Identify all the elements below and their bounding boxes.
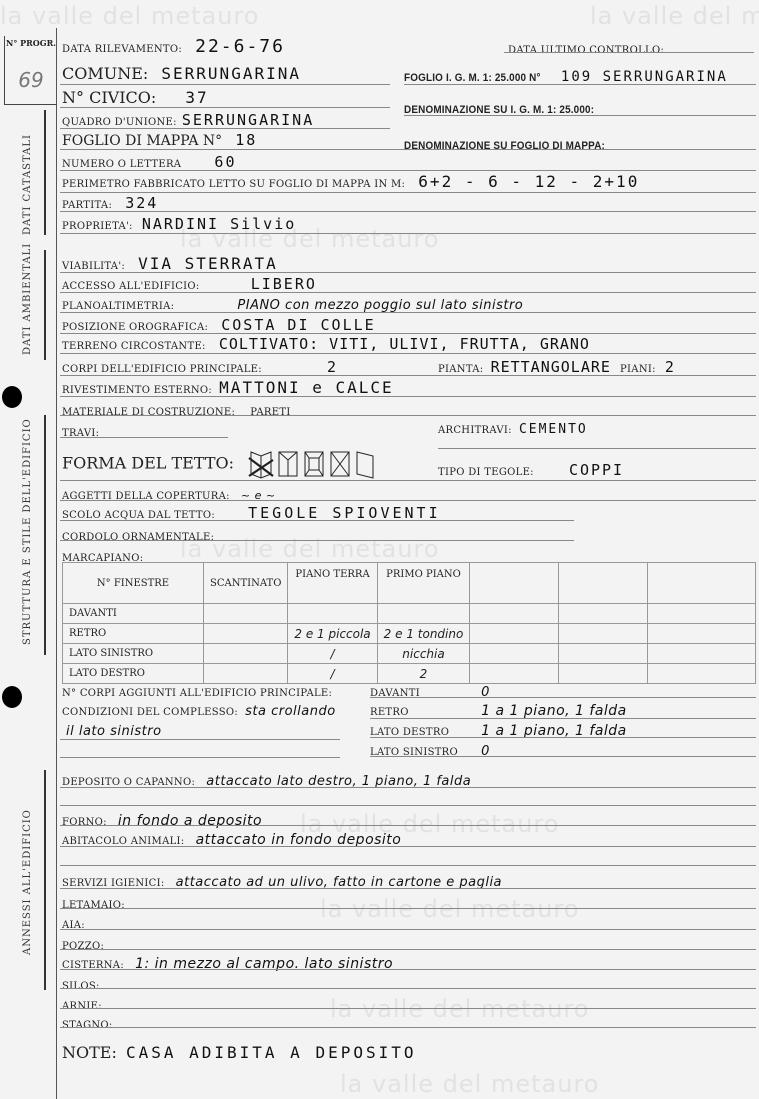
label: RETRO (370, 707, 470, 718)
value[interactable]: in fondo a deposito (118, 813, 262, 829)
rule (60, 757, 340, 758)
rule (60, 149, 756, 150)
label: POSIZIONE OROGRAFICA: (62, 322, 208, 333)
field-architravi: ARCHITRAVI: CEMENTO (438, 418, 588, 437)
field-tipo-tegole: TIPO DI TEGOLE: COPPI (438, 460, 624, 479)
cell[interactable] (470, 644, 559, 664)
cell[interactable] (204, 604, 288, 624)
field-rivestimento: RIVESTIMENTO ESTERNO: MATTONI e CALCE (62, 378, 394, 397)
cell[interactable] (470, 624, 559, 644)
label: PIANI: (620, 364, 656, 375)
table-row: RETRO 2 e 1 piccola 2 e 1 tondino (63, 624, 756, 644)
value[interactable]: MATTONI e CALCE (219, 378, 394, 397)
label: NUMERO o LETTERA (62, 159, 181, 170)
cell[interactable] (559, 624, 648, 644)
rule (60, 739, 340, 740)
field-planoaltimetria: PLANOALTIMETRIA: PIANO con mezzo poggio … (62, 294, 523, 313)
field-foglio-mappa: FOGLIO DI MAPPA N° 18 (62, 130, 257, 149)
label: COMUNE: (62, 64, 148, 83)
value[interactable]: COPPI (569, 461, 624, 479)
value[interactable]: SERRUNGARINA (182, 111, 314, 129)
value[interactable]: RETTANGOLARE (491, 358, 611, 376)
cell[interactable] (288, 604, 377, 624)
margin-line (56, 28, 57, 1099)
label: MATERIALE DI COSTRUZIONE: (62, 407, 235, 418)
rule (60, 353, 756, 354)
value[interactable]: COSTA DI COLLE (221, 316, 375, 334)
rule (60, 865, 756, 866)
value[interactable]: sta crollando (245, 704, 336, 719)
field-stagno: STAGNO: (62, 1013, 113, 1032)
field-condizioni-line2: il lato sinistro (66, 720, 162, 739)
cell[interactable] (204, 624, 288, 644)
label: FORNO: (62, 817, 107, 828)
progressive-number-box: N° PROGR. 69 (4, 36, 57, 105)
field-arnie: ARNIE: (62, 994, 102, 1013)
rule (60, 84, 390, 85)
field-civico: N° CIVICO: 37 (62, 88, 209, 107)
field-quadro-unione: QUADRO D'UNIONE: SERRUNGARINA (62, 110, 314, 129)
field-perimetro: PERIMETRO FABBRICATO LETTO SU FOGLIO DI … (62, 172, 639, 191)
col-header: N° FINESTRE (63, 563, 204, 604)
field-partita: PARTITA: 324 (62, 193, 158, 212)
label: FOGLIO I. G. M. 1: 25.000 N° (404, 72, 541, 84)
field-foglio-igm: FOGLIO I. G. M. 1: 25.000 N° 109 SERRUNG… (404, 66, 728, 85)
field-viabilita: VIABILITA': VIA STERRATA (62, 254, 278, 273)
rule (60, 929, 756, 930)
value[interactable]: SERRUNGARINA (161, 64, 301, 83)
value[interactable]: 60 (214, 153, 236, 171)
cell[interactable] (559, 604, 648, 624)
section-brace (44, 770, 46, 990)
cell[interactable] (648, 644, 756, 664)
field-pianta: PIANTA: RETTANGOLARE PIANI: 2 (438, 357, 676, 376)
cell[interactable] (377, 604, 470, 624)
value[interactable]: 22-6-76 (195, 36, 285, 57)
table-row: DAVANTI (63, 604, 756, 624)
watermark: la valle del metauro (340, 1070, 599, 1098)
label: NOTE: (62, 1043, 117, 1062)
rule (60, 805, 756, 806)
label: CONDIZIONI DEL COMPLESSO: (62, 707, 238, 718)
rule (504, 52, 754, 53)
field-data-ultimo-controllo: DATA ULTIMO CONTROLLO: (508, 38, 664, 57)
rule (60, 437, 228, 438)
roof-option-2-icon (279, 452, 297, 476)
field-corpi-aggiunti: N° CORPI AGGIUNTI ALL'EDIFICIO PRINCIPAL… (62, 681, 332, 700)
field-terreno: TERRENO CIRCOSTANTE: COLTIVATO: VITI, UL… (62, 334, 590, 353)
cell[interactable] (470, 604, 559, 624)
label: PIANTA: (438, 364, 483, 375)
field-forma-tetto: FORMA DEL TETTO: (62, 448, 387, 480)
cell[interactable] (648, 624, 756, 644)
label: N° CIVICO: (62, 88, 156, 107)
rule (60, 908, 756, 909)
rule (60, 520, 574, 521)
label: VIABILITA': (62, 261, 125, 272)
col-header: PRIMO PIANO (377, 563, 470, 604)
rule (60, 846, 756, 847)
label: DATA ULTIMO CONTROLLO: (508, 45, 664, 56)
rule (60, 312, 756, 313)
rule (60, 192, 756, 193)
field-pozzo: POZZO: (62, 934, 104, 953)
field-corpi: CORPI DELL'EDIFICIO PRINCIPALE: 2 (62, 357, 338, 376)
label: DENOMINAZIONE SU FOGLIO DI MAPPA: (404, 140, 605, 152)
cell[interactable] (204, 644, 288, 664)
value[interactable]: 324 (125, 194, 158, 212)
section-brace (44, 110, 46, 235)
col-header: PIANO TERRA (288, 563, 377, 604)
roof-shape-options[interactable] (247, 448, 387, 480)
progressive-label: N° PROGR. (5, 38, 57, 48)
value[interactable]: 37 (185, 88, 208, 107)
watermark: la valle del metauro (590, 2, 759, 30)
value[interactable]: NARDINI Silvio (142, 215, 296, 233)
value[interactable]: PIANO con mezzo poggio sul lato sinistro (237, 298, 523, 313)
col-header (470, 563, 559, 604)
label: ARCHITRAVI: (438, 425, 512, 436)
section-dati-ambientali: DATI AMBIENTALI (22, 325, 33, 355)
rule (438, 448, 756, 449)
label: POZZO: (62, 941, 104, 952)
value[interactable]: il lato sinistro (66, 724, 162, 739)
label: TERRENO CIRCOSTANTE: (62, 341, 206, 352)
label: RIVESTIMENTO ESTERNO: (62, 385, 212, 396)
row-label: DAVANTI (63, 604, 204, 624)
field-letamaio: LETAMAIO: (62, 893, 125, 912)
field-silos: SILOS: (62, 974, 100, 993)
value[interactable]: 18 (235, 131, 257, 149)
label: DATA RILEVAMENTO: (62, 44, 182, 55)
survey-form-page: la valle del metauro la valle del metaur… (0, 0, 759, 1099)
label: PERIMETRO FABBRICATO LETTO SU FOGLIO DI … (62, 179, 405, 190)
cell[interactable] (559, 664, 648, 684)
field-materiale: MATERIALE DI COSTRUZIONE: PARETI (62, 400, 291, 419)
field-forno: FORNO: in fondo a deposito (62, 810, 262, 829)
value[interactable]: 2 (327, 358, 338, 376)
rule (60, 415, 756, 416)
rule (60, 888, 756, 889)
label: TIPO DI TEGOLE: (438, 467, 534, 478)
field-data-rilevamento: DATA RILEVAMENTO: 22-6-76 (62, 36, 285, 57)
rule (370, 756, 756, 757)
section-brace (44, 415, 46, 655)
rule (60, 825, 756, 826)
section-dati-catastali: DATI CATASTALI (22, 205, 33, 235)
rule (60, 170, 756, 171)
label: SILOS: (62, 981, 100, 992)
rule (60, 211, 756, 212)
rule (60, 949, 756, 950)
col-header (559, 563, 648, 604)
label: ARNIE: (62, 1001, 102, 1012)
label: LETAMAIO: (62, 900, 125, 911)
progressive-value: 69 (5, 68, 57, 92)
cell[interactable]: 2 e 1 piccola (288, 624, 377, 644)
label: FOGLIO DI MAPPA N° (62, 133, 222, 149)
field-cordolo: CORDOLO ORNAMENTALE: (62, 525, 214, 544)
value[interactable]: VIA STERRATA (138, 254, 278, 273)
rule (370, 697, 756, 698)
cell[interactable] (648, 664, 756, 684)
label: STAGNO: (62, 1020, 113, 1031)
value[interactable]: 109 SERRUNGARINA (561, 69, 728, 85)
field-comune: COMUNE: SERRUNGARINA (62, 64, 301, 83)
value[interactable]: 1 a 1 piano, 1 falda (481, 703, 627, 719)
rule (60, 396, 756, 397)
field-accesso: ACCESSO ALL'EDIFICIO: LIBERO (62, 274, 317, 293)
label: CORPI DELL'EDIFICIO PRINCIPALE: (62, 364, 262, 375)
watermark: la valle del metauro (330, 995, 589, 1023)
label: QUADRO D'UNIONE: (62, 117, 177, 128)
section-annessi: ANNESSI ALL'EDIFICIO (22, 925, 33, 955)
row-label: LATO SINISTRO (63, 644, 204, 664)
label: FORMA DEL TETTO: (62, 454, 234, 473)
roof-option-3-icon (305, 452, 323, 476)
col-header: SCANTINATO (204, 563, 288, 604)
label: N° CORPI AGGIUNTI ALL'EDIFICIO PRINCIPAL… (62, 688, 332, 699)
rule (60, 233, 756, 234)
row-label: RETRO (63, 624, 204, 644)
watermark: la valle del metauro (0, 2, 259, 30)
field-note: NOTE: CASA ADIBITA A DEPOSITO (62, 1043, 417, 1062)
label: PLANOALTIMETRIA: (62, 301, 174, 312)
cell[interactable]: 2 e 1 tondino (377, 624, 470, 644)
label: PROPRIETA': (62, 221, 133, 232)
rule (60, 272, 756, 273)
field-proprieta: PROPRIETA': NARDINI Silvio (62, 214, 296, 233)
value[interactable]: LIBERO (251, 275, 317, 293)
section-brace (44, 250, 46, 360)
field-denom-mappa: DENOMINAZIONE SU FOGLIO DI MAPPA: (404, 134, 627, 153)
field-condizioni: CONDIZIONI DEL COMPLESSO: sta crollando (62, 700, 336, 719)
rule (60, 540, 574, 541)
col-header (648, 563, 756, 604)
section-struttura: STRUTTURA E STILE DELL'EDIFICIO (22, 615, 33, 645)
rule (60, 1027, 756, 1028)
value[interactable]: 2 (665, 358, 676, 376)
windows-table: N° FINESTRE SCANTINATO PIANO TERRA PRIMO… (62, 562, 756, 684)
cell[interactable]: / (288, 644, 377, 664)
field-posizione: POSIZIONE OROGRAFICA: COSTA DI COLLE (62, 315, 376, 334)
rule (60, 107, 390, 108)
cell[interactable] (648, 604, 756, 624)
rule (404, 84, 756, 85)
label: ACCESSO ALL'EDIFICIO: (62, 281, 200, 292)
watermark: la valle del metauro (320, 895, 579, 923)
value[interactable]: COLTIVATO: VITI, ULIVI, FRUTTA, GRANO (219, 335, 590, 353)
value[interactable]: CEMENTO (519, 422, 588, 437)
field-numero: NUMERO o LETTERA 60 (62, 152, 236, 171)
roof-option-1-icon (249, 452, 273, 478)
binder-hole (2, 386, 22, 408)
rule (60, 480, 756, 481)
rule (370, 718, 756, 719)
label: PARTITA: (62, 200, 112, 211)
binder-hole (2, 686, 22, 708)
table-header-row: N° FINESTRE SCANTINATO PIANO TERRA PRIMO… (63, 563, 756, 604)
rule (60, 988, 756, 989)
cell[interactable] (559, 644, 648, 664)
rule (60, 787, 756, 788)
value: PARETI (250, 407, 290, 418)
rule (60, 292, 756, 293)
value[interactable]: CASA ADIBITA A DEPOSITO (126, 1043, 417, 1062)
rule (404, 115, 756, 116)
roof-option-5-icon (357, 452, 373, 478)
rule (60, 969, 756, 970)
rule (60, 375, 756, 376)
roof-option-4-icon (331, 452, 349, 476)
cell[interactable]: nicchia (377, 644, 470, 664)
rule (60, 128, 390, 129)
label: CORDOLO ORNAMENTALE: (62, 532, 214, 543)
table-row: LATO SINISTRO / nicchia (63, 644, 756, 664)
field-retro: RETRO 1 a 1 piano, 1 falda (370, 700, 627, 719)
value[interactable]: 6+2 - 6 - 12 - 2+10 (418, 172, 639, 191)
rule (370, 737, 756, 738)
rule (60, 500, 756, 501)
rule (60, 1008, 756, 1009)
